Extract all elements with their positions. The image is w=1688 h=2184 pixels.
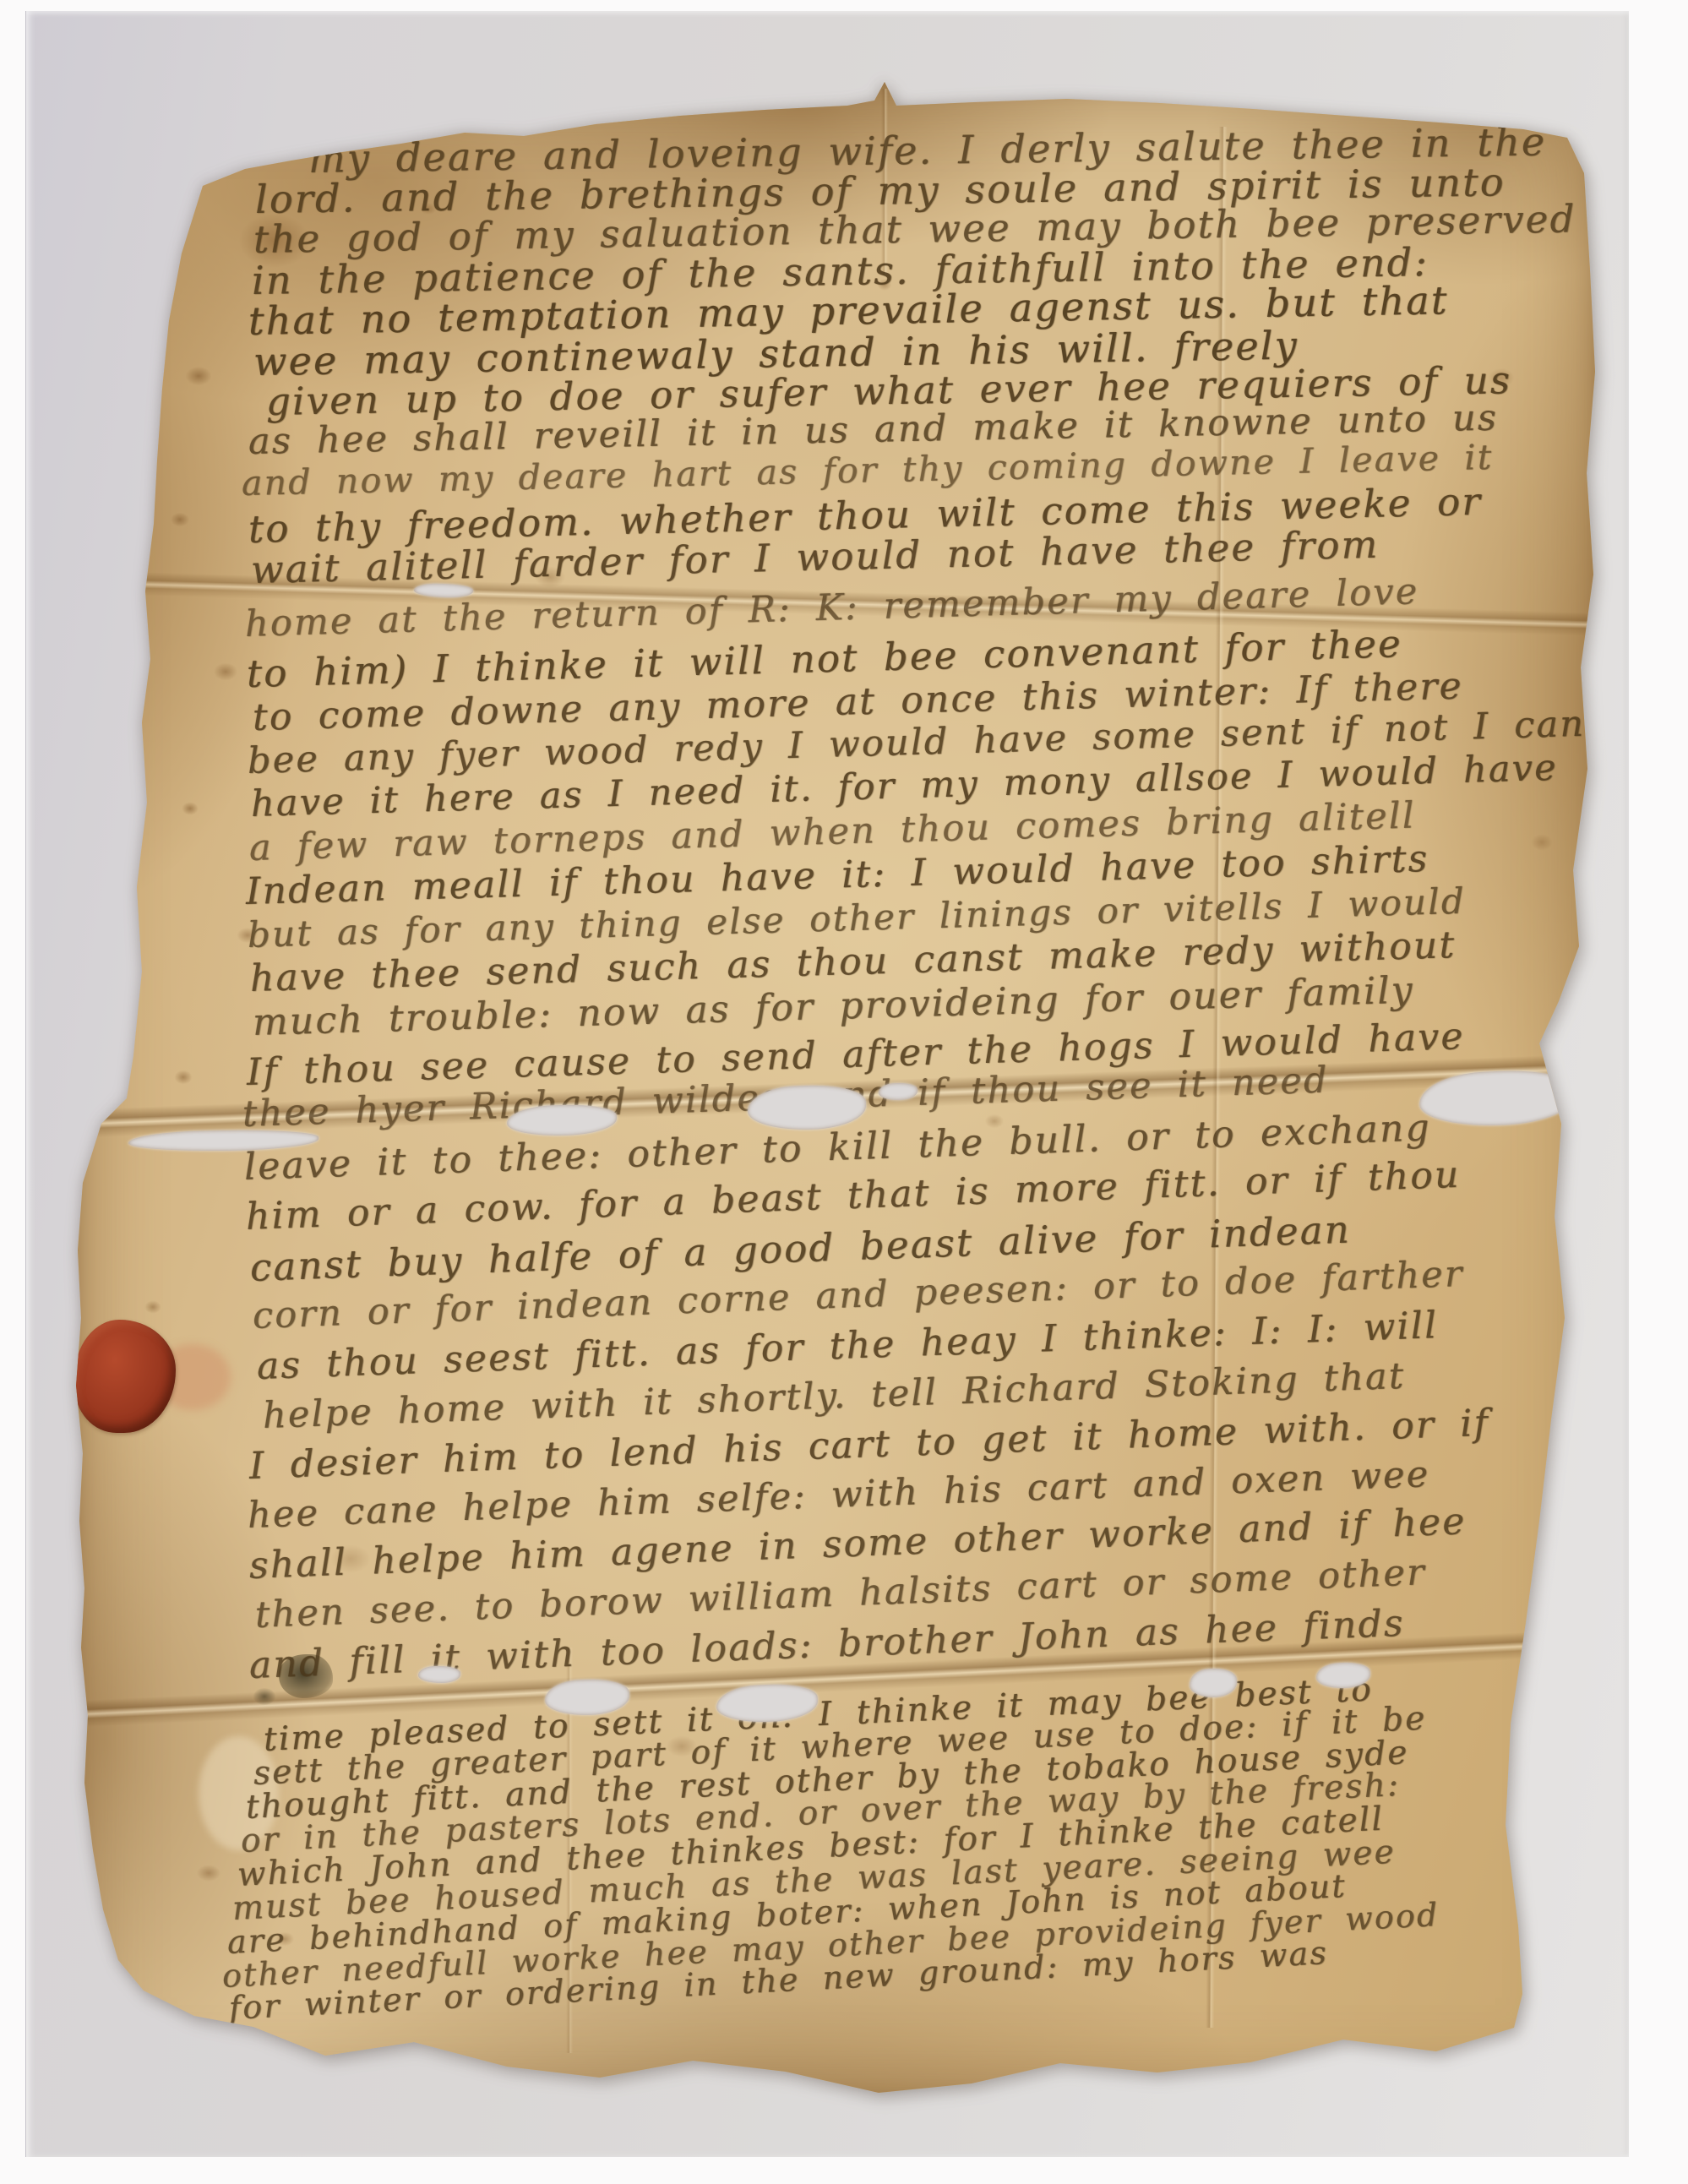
- letter-page-wrap: my deare and loveing wife. I derly salut…: [0, 0, 1688, 2184]
- letter-page: my deare and loveing wife. I derly salut…: [72, 80, 1601, 2104]
- tear-gap: [418, 1666, 460, 1683]
- scan-page: my deare and loveing wife. I derly salut…: [0, 0, 1688, 2184]
